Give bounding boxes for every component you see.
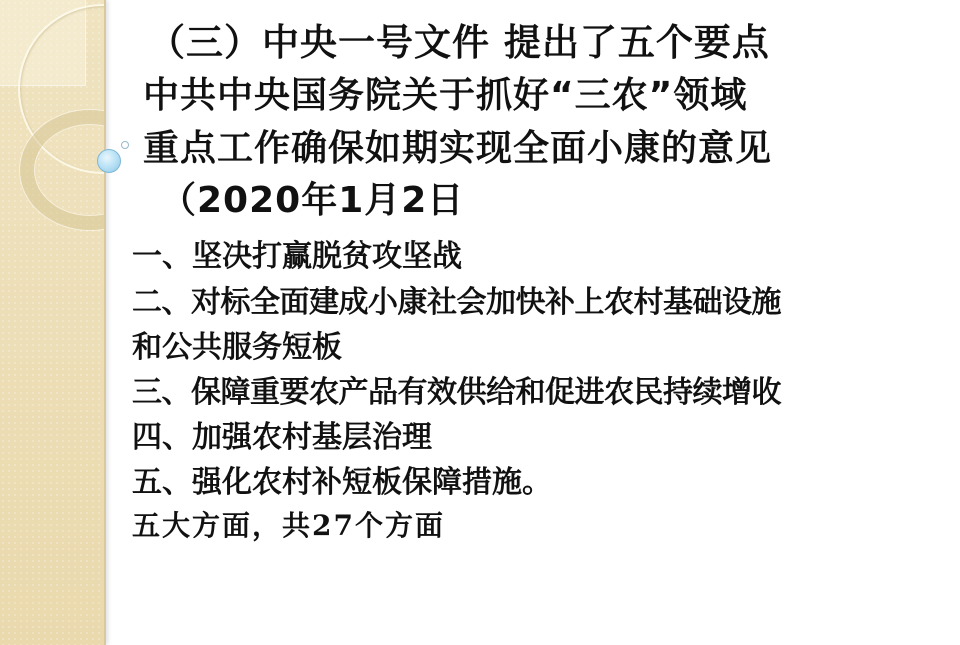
point-1: 一、坚决打赢脱贫攻坚战 — [132, 242, 462, 272]
point-2: 二、对标全面建成小康社会加快补上农村基础设施 — [132, 288, 781, 318]
point-5: 五、强化农村补短板保障措施。 — [132, 468, 552, 498]
point-4: 四、加强农村基层治理 — [132, 423, 432, 453]
point-3: 三、保障重要农产品有效供给和促进农民持续增收 — [132, 378, 781, 408]
summary-text: 五大方面，共27个方面 — [132, 512, 445, 540]
point-2-continued: 和公共服务短板 — [132, 333, 342, 363]
document-title-line-2: 重点工作确保如期实现全面小康的意见 — [143, 131, 772, 167]
document-title-line-1: 中共中央国务院关于抓好“三农”领域 — [143, 78, 747, 114]
document-date: （2020年1月2日 — [160, 183, 464, 219]
slide-content: （三）中央一号文件 提出了五个要点 中共中央国务院关于抓好“三农”领域 重点工作… — [0, 0, 960, 645]
slide-title: （三）中央一号文件 提出了五个要点 — [148, 24, 770, 61]
